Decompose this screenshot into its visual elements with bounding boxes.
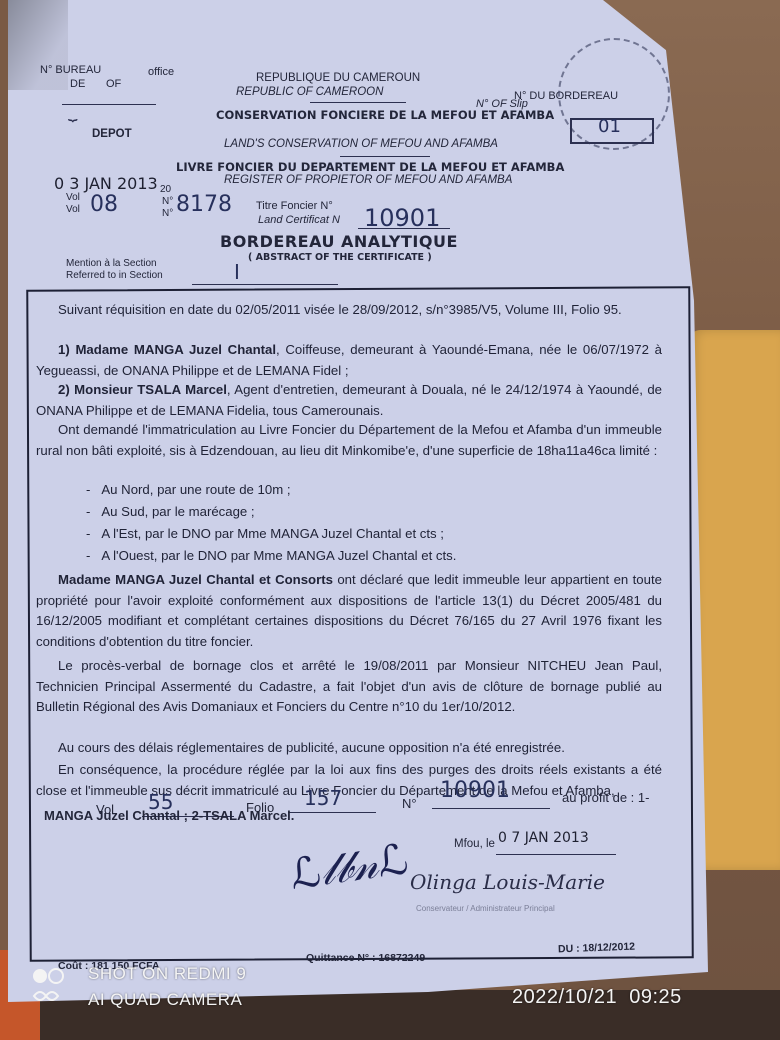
camera-feature-label: AI QUAD CAMERA: [88, 990, 242, 1010]
livre-fr: LIVRE FONCIER DU DEPARTEMENT DE LA MEFOU…: [176, 160, 564, 174]
camera-model-label: SHOT ON REDMI 9: [88, 964, 246, 984]
registry-no-line: [432, 808, 550, 809]
bureau-label: N° BUREAU: [40, 64, 101, 76]
profit-label: au profit de : 1-: [562, 790, 649, 805]
republic-label: REPUBLIC OF CAMEROON: [236, 86, 383, 98]
registry-no-label: N°: [402, 796, 417, 811]
owner-1-name: 1) Madame MANGA Juzel Chantal: [58, 342, 276, 357]
signatory-name: Olinga Louis-Marie: [410, 870, 605, 894]
slip-number-box: 01: [570, 118, 654, 144]
registry-folio-line: [288, 812, 376, 813]
year-prefix: 20: [160, 184, 171, 195]
publicite-text: Au cours des délais réglementaires de pu…: [58, 740, 565, 755]
slip-value: 01: [598, 116, 621, 137]
receipt-number: Quittance N° : 16872249: [306, 952, 425, 964]
paragraph-declaration: Madame MANGA Juzel Chantal et Consorts o…: [36, 570, 662, 652]
paragraph-owner-1: 1) Madame MANGA Juzel Chantal, Coiffeuse…: [36, 340, 662, 381]
photo-timestamp: 2022/10/21 09:25: [512, 986, 682, 1009]
n-label-2: N°: [162, 208, 173, 219]
of-label: OF: [106, 78, 121, 90]
paragraph-bornage: Le procès-verbal de bornage clos et arrê…: [36, 656, 662, 718]
bound-west-text: A l'Ouest, par le DNO par Mme MANGA Juze…: [101, 548, 456, 563]
mention-line: [192, 284, 338, 285]
bound-north-text: Au Nord, par une route de 10m ;: [101, 482, 290, 497]
bound-east: - A l'Est, par le DNO par Mme MANGA Juze…: [86, 526, 444, 541]
declarants: Madame MANGA Juzel Chantal et Consorts: [58, 572, 333, 587]
document-subtitle: ( ABSTRACT OF THE CERTIFICATE ): [248, 252, 432, 263]
vol-label-1: Vol: [66, 192, 80, 203]
registry-no-value: 10901: [440, 778, 510, 803]
bound-west: - A l'Ouest, par le DNO par Mme MANGA Ju…: [86, 548, 456, 563]
header-rule-2: [340, 156, 430, 157]
republique-label: REPUBLIQUE DU CAMEROUN: [256, 72, 420, 84]
brace-icon: ⏟: [68, 104, 78, 122]
n-value: 8178: [176, 192, 232, 217]
requisition-text: Suivant réquisition en date du 02/05/201…: [58, 302, 622, 317]
document-title: BORDEREAU ANALYTIQUE: [220, 232, 458, 251]
beneficiaries: MANGA Juzel Chantal ; 2-TSALA Marcel.: [44, 808, 294, 823]
bound-south-text: Au Sud, par le marécage ;: [101, 504, 254, 519]
office-label: office: [148, 66, 174, 78]
paragraph-request: Ont demandé l'immatriculation au Livre F…: [36, 420, 662, 461]
paragraph-owner-2: 2) Monsieur TSALA Marcel, Agent d'entret…: [36, 380, 662, 421]
registry-folio-value: 157: [304, 786, 342, 810]
vol-label-2: Vol: [66, 204, 80, 215]
date-stamp: 0 3 JAN 2013: [54, 174, 158, 193]
titre-value: 10901: [364, 204, 440, 232]
paragraph-publicite: Au cours des délais réglementaires de pu…: [36, 738, 662, 759]
mention-en: Referred to in Section: [66, 270, 163, 281]
owner-2-name: 2) Monsieur TSALA Marcel: [58, 382, 227, 397]
request-text: Ont demandé l'immatriculation au Livre F…: [36, 422, 662, 458]
conservation-en: LAND'S CONSERVATION OF MEFOU AND AFAMBA: [224, 138, 498, 150]
bound-south: - Au Sud, par le marécage ;: [86, 504, 255, 519]
profit-text: au profit de : 1-: [562, 790, 649, 805]
de-label: DE: [70, 78, 85, 90]
page-shadow: [8, 0, 68, 90]
bound-north: - Au Nord, par une route de 10m ;: [86, 482, 291, 497]
signatory-role: Conservateur / Administrateur Principal: [416, 904, 555, 913]
titre-fr: Titre Foncier N°: [256, 200, 333, 212]
mention-value: I: [234, 260, 240, 284]
paragraph-requisition: Suivant réquisition en date du 02/05/201…: [36, 300, 662, 321]
bound-east-text: A l'Est, par le DNO par Mme MANGA Juzel …: [101, 526, 444, 541]
vol-value: 08: [90, 192, 118, 217]
titre-en: Land Certificat N: [258, 214, 340, 226]
depot-label: DEPOT: [92, 128, 132, 140]
slip-label: N° OF Slip: [476, 98, 528, 110]
conservation-fr: CONSERVATION FONCIERE DE LA MEFOU ET AFA…: [216, 108, 554, 122]
signature-place: Mfou, le: [454, 838, 495, 850]
n-label-1: N°: [162, 196, 173, 207]
signature-date-line: [496, 854, 616, 855]
mention-fr: Mention à la Section: [66, 258, 157, 269]
bornage-text: Le procès-verbal de bornage clos et arrê…: [36, 658, 662, 714]
camera-logo-icon: [32, 966, 72, 1006]
signature-date: 0 7 JAN 2013: [498, 830, 589, 846]
header-rule: [310, 102, 406, 103]
livre-en: REGISTER OF PROPIETOR OF MEFOU AND AFAMB…: [224, 174, 512, 186]
